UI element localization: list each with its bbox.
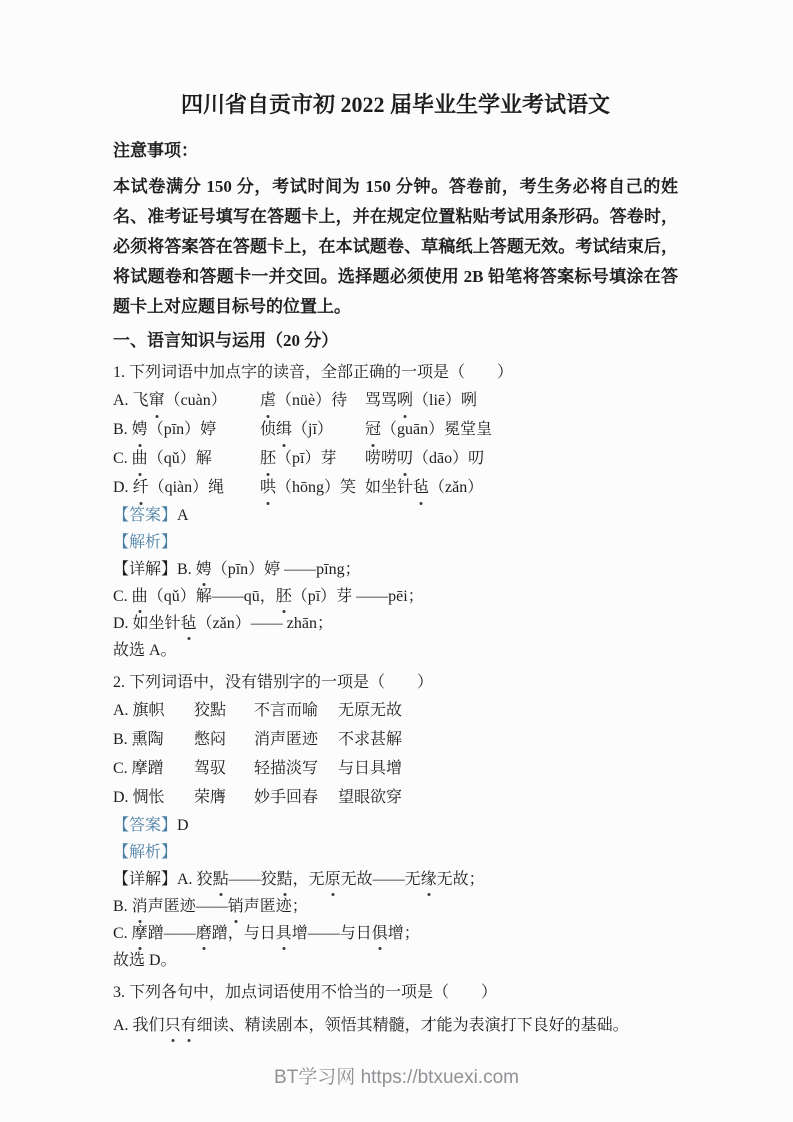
question-1-detail-line: C. 曲（qǔ）解——qū，胚（pī）芽 ——pēi； <box>113 583 678 610</box>
option-cell: 消声匿迹 <box>254 725 338 754</box>
option-cell: 无原无故 <box>338 696 678 725</box>
question-1-detail-line: D. 如坐针毡（zǎn）—— zhān； <box>113 610 678 637</box>
question-2-option-b: B. 熏陶 憋闷 消声匿迹 不求甚解 <box>113 725 678 754</box>
option-cell: 唠唠叨（dāo）叨 <box>365 444 678 473</box>
option-cell: C. 摩蹭 <box>113 754 194 783</box>
question-1-option-c: C. 曲（qǔ）解 胚（pī）芽 唠唠叨（dāo）叨 <box>113 444 678 473</box>
question-2-conclusion-line: 故选 D。 <box>113 947 678 974</box>
question-1-detail-line: 【详解】B. 娉（pīn）婷 ——pīng； <box>113 556 678 583</box>
question-3-option-a: A. 我们只有细读、精读剧本，领悟其精髓，才能为表演打下良好的基础。 <box>113 1012 678 1039</box>
question-2-detail-line: B. 消声匿迹——销声匿迹； <box>113 893 678 920</box>
option-cell: 驾驭 <box>194 754 254 783</box>
question-2-stem: 2. 下列词语中，没有错别字的一项是（ ） <box>113 670 678 696</box>
notice-paragraph: 本试卷满分 150 分，考试时间为 150 分钟。答卷前，考生务必将自己的姓名、… <box>113 172 678 322</box>
question-2-option-a: A. 旗帜 狡點 不言而喻 无原无故 <box>113 696 678 725</box>
page-title: 四川省自贡市初 2022 届毕业生学业考试语文 <box>113 90 678 120</box>
option-cell: 望眼欲穿 <box>338 783 678 812</box>
answer-value: A <box>177 507 189 524</box>
option-cell: 与日具增 <box>338 754 678 783</box>
question-2-detail-line: 【详解】A. 狡點——狡黠，无原无故——无缘无故； <box>113 866 678 893</box>
watermark-footer: BT学习网 https://btxuexi.com <box>0 1062 793 1089</box>
option-cell: 如坐针毡（zǎn） <box>365 473 678 502</box>
question-2-option-c: C. 摩蹭 驾驭 轻描淡写 与日具增 <box>113 754 678 783</box>
option-cell: B. 熏陶 <box>113 725 194 754</box>
option-cell: 妙手回春 <box>254 783 338 812</box>
question-1-answer-line: 【答案】A <box>113 502 678 529</box>
question-1-option-b: B. 娉（pīn）婷 侦缉（jī） 冠（guān）冕堂皇 <box>113 415 678 444</box>
option-cell: 狡點 <box>194 696 254 725</box>
option-cell: 胚（pī）芽 <box>260 444 365 473</box>
option-cell: 不言而喻 <box>254 696 338 725</box>
option-cell: 骂骂咧（liē）咧 <box>365 386 678 415</box>
answer-value: D <box>177 817 189 834</box>
option-cell: 憋闷 <box>194 725 254 754</box>
question-1-option-d: D. 纤（qiàn）绳 哄（hōng）笑 如坐针毡（zǎn） <box>113 473 678 502</box>
question-2-detail-line: C. 摩蹭——磨蹭，与日具增——与日俱增； <box>113 920 678 947</box>
option-cell: 侦缉（jī） <box>260 415 365 444</box>
notice-heading: 注意事项： <box>113 138 678 164</box>
document-content: 四川省自贡市初 2022 届毕业生学业考试语文 注意事项： 本试卷满分 150 … <box>0 0 793 1039</box>
answer-tag: 【答案】 <box>113 817 177 834</box>
option-cell: D. 惆怅 <box>113 783 194 812</box>
analysis-tag: 【解析】 <box>113 844 177 861</box>
option-cell: A. 旗帜 <box>113 696 194 725</box>
question-3-stem: 3. 下列各句中，加点词语使用不恰当的一项是（ ） <box>113 980 678 1006</box>
section-heading: 一、语言知识与运用（20 分） <box>113 328 678 354</box>
option-cell: A. 飞窜（cuàn） <box>113 386 260 415</box>
question-2-answer-line: 【答案】D <box>113 812 678 839</box>
question-2-option-d: D. 惆怅 荣膺 妙手回春 望眼欲穿 <box>113 783 678 812</box>
option-cell: B. 娉（pīn）婷 <box>113 415 260 444</box>
question-1-conclusion-line: 故选 A。 <box>113 637 678 664</box>
option-cell: 荣膺 <box>194 783 254 812</box>
option-cell: 不求甚解 <box>338 725 678 754</box>
option-cell: D. 纤（qiàn）绳 <box>113 473 260 502</box>
question-1-stem: 1. 下列词语中加点字的读音，全部正确的一项是（ ） <box>113 360 678 386</box>
question-1-option-a: A. 飞窜（cuàn） 虐（nüè）待 骂骂咧（liē）咧 <box>113 386 678 415</box>
question-1-analysis-line: 【解析】 <box>113 529 678 556</box>
option-cell: C. 曲（qǔ）解 <box>113 444 260 473</box>
question-2-analysis-line: 【解析】 <box>113 839 678 866</box>
exam-document-page: 四川省自贡市初 2022 届毕业生学业考试语文 注意事项： 本试卷满分 150 … <box>0 0 793 1122</box>
option-cell: 虐（nüè）待 <box>260 386 365 415</box>
option-cell: 哄（hōng）笑 <box>260 473 365 502</box>
analysis-tag: 【解析】 <box>113 534 177 551</box>
answer-tag: 【答案】 <box>113 507 177 524</box>
option-cell: 轻描淡写 <box>254 754 338 783</box>
option-cell: 冠（guān）冕堂皇 <box>365 415 678 444</box>
